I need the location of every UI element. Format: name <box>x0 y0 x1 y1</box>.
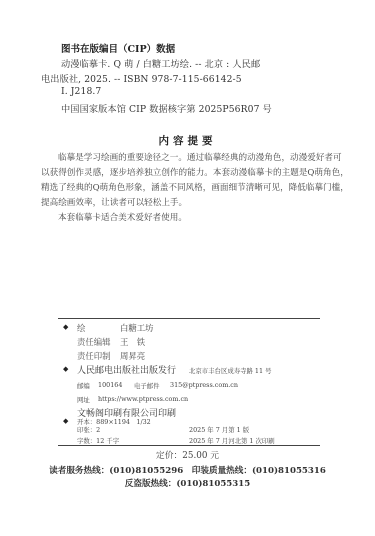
print-manager-label: 责任印制 <box>77 350 111 362</box>
hotline-line-1: 读者服务热线：(010)81055296 印装质量热线：(010)8105531… <box>0 464 375 476</box>
cip-line-2: 电出版社, 2025. -- ISBN 978-7-115-66142-5 <box>41 71 242 85</box>
illustrator-label: 绘 <box>77 322 85 334</box>
bottom-rule <box>58 445 320 446</box>
website-value: https://www.ptpress.com.cn <box>98 395 188 403</box>
top-rule <box>58 318 320 319</box>
price: 定价：25.00 元 <box>0 448 375 461</box>
website-label: 网址 <box>77 395 90 404</box>
printing-info: 2025 年 7 月河北第 1 次印刷 <box>189 436 275 445</box>
sheets-spec: 印张：2 <box>77 425 100 434</box>
cip-line-3: Ⅰ. J218.7 <box>61 86 101 97</box>
publisher-name: 人民邮电出版社出版发行 <box>77 363 176 376</box>
summary-title: 内容提要 <box>0 133 375 148</box>
cip-line-1: 动漫临摹卡. Q 萌 / 白糖工坊绘. -- 北京 : 人民邮 <box>61 56 260 70</box>
bullet-icon: ◆ <box>63 365 68 373</box>
illustrator-name: 白糖工坊 <box>120 322 154 334</box>
summary-line-1: 临摹是学习绘画的重要途径之一。通过临摹经典的动漫角色，动漫爱好者可 <box>58 151 342 163</box>
postcode-value: 100164 <box>98 381 122 389</box>
postcode-label: 邮编 <box>77 381 90 390</box>
bullet-icon: ◆ <box>63 323 68 331</box>
summary-line-3: 精选了经典的Q萌角色形象，涵盖不同风格，画面细节清晰可见，降低临摹门槛， <box>41 181 349 193</box>
cip-line-4: 中国国家版本馆 CIP 数据核字第 2025P56R07 号 <box>61 101 272 115</box>
summary-para-2: 本套临摹卡适合美术爱好者使用。 <box>58 211 187 223</box>
email-value: 315@ptpress.com.cn <box>170 381 238 389</box>
print-manager-name: 周昇亮 <box>120 350 145 362</box>
publisher-address: 北京市丰台区成寿寺路 11 号 <box>189 366 272 375</box>
summary-line-4: 提高绘画效率，让读者可以轻松上手。 <box>41 196 187 208</box>
editor-label: 责任编辑 <box>77 336 111 348</box>
bullet-icon: ◆ <box>63 417 68 425</box>
summary-line-2: 以获得创作灵感，逐步培养独立创作的能力。本套动漫临摹卡的主题是Q萌角色， <box>41 166 349 178</box>
email-label: 电子邮件 <box>134 381 160 390</box>
cip-title: 图书在版编目（CIP）数据 <box>61 41 175 55</box>
edition-info: 2025 年 7 月第 1 版 <box>189 425 249 434</box>
hotline-line-2: 反盗版热线：(010)81055315 <box>0 477 375 489</box>
words-spec: 字数：12 千字 <box>77 436 119 445</box>
editor-name: 王 铁 <box>120 336 145 348</box>
